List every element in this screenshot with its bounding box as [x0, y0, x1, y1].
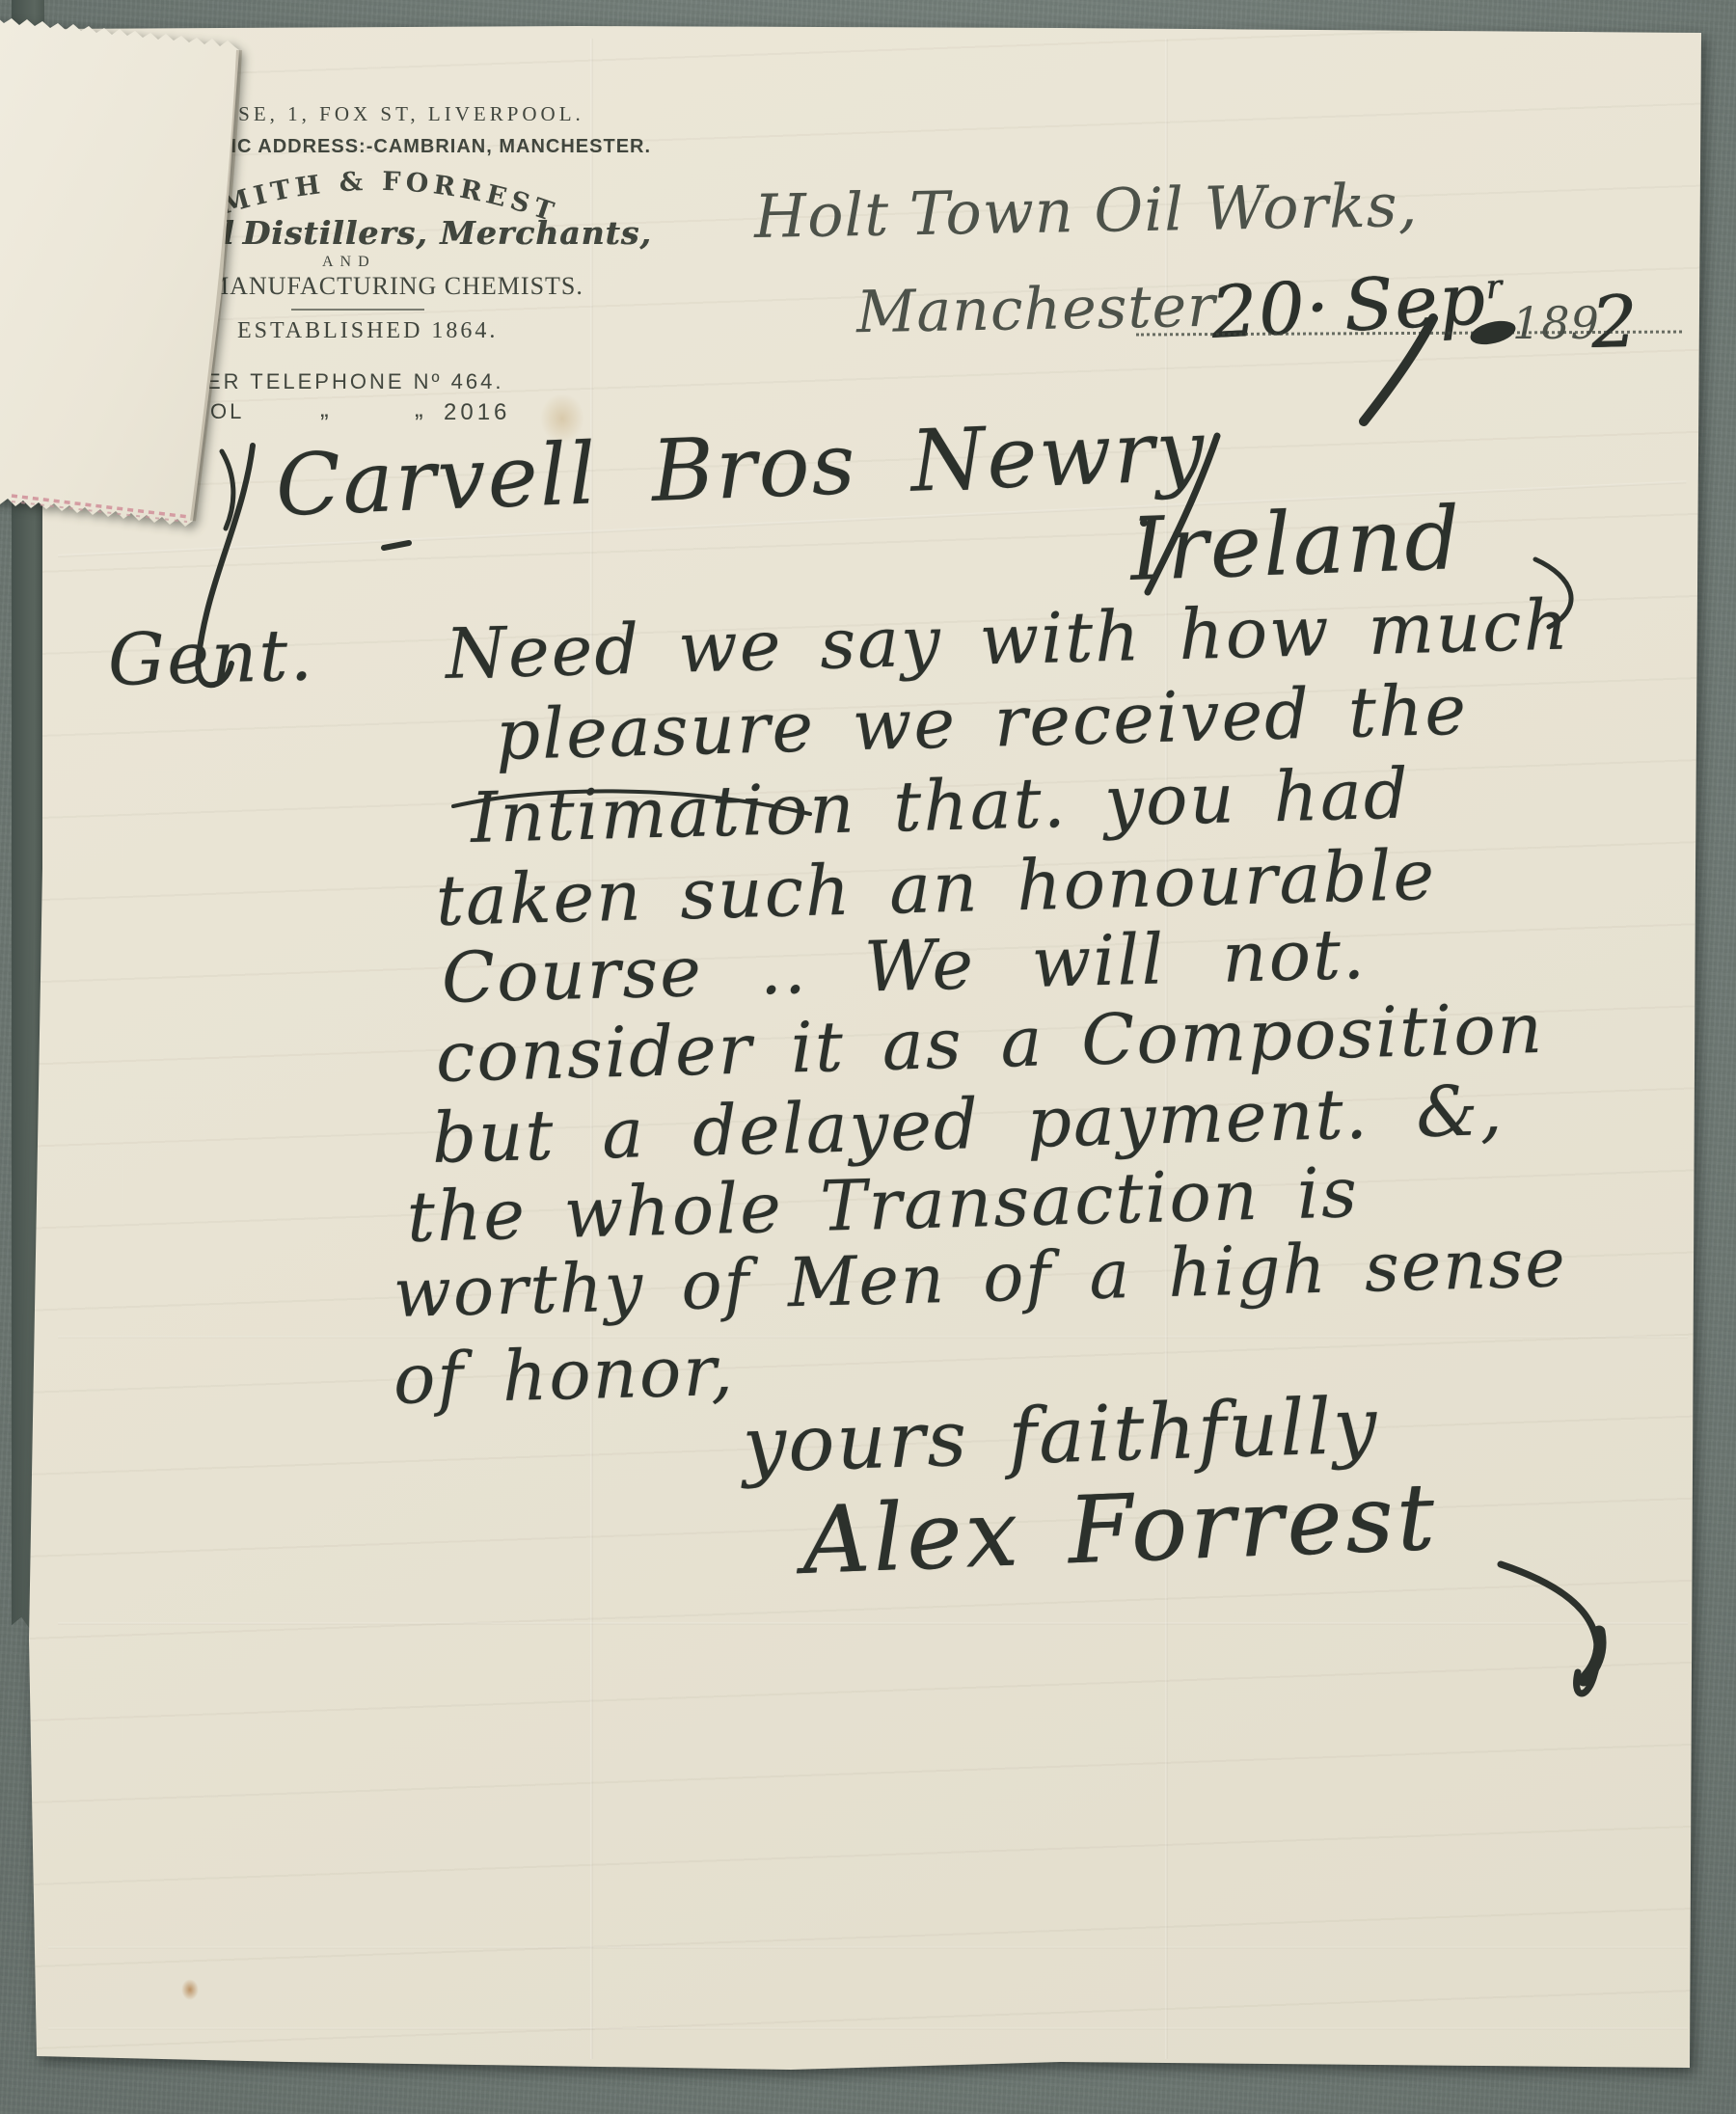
country-line: Ireland [1128, 488, 1463, 601]
salutation: Gent. [107, 613, 315, 702]
letterhead-trade-text: Distillers, Merchants, [243, 214, 652, 252]
body-line-10: of honor, [393, 1330, 736, 1420]
letterhead-chemists-line: MANUFACTURING CHEMISTS. [206, 272, 583, 301]
letterhead-phone-number-2: 2016 [444, 399, 510, 426]
letterhead-ditto-mark-2: „ [415, 393, 423, 423]
letterhead-established-line: ESTABLISHED 1864. [237, 318, 498, 344]
date-handwritten: 20·Sepr [1209, 257, 1505, 355]
date-day: 20· [1209, 266, 1333, 355]
year-printed: 189 [1512, 297, 1600, 349]
letterhead-divider [291, 309, 424, 311]
letterhead-trade-partial-letter: l [222, 214, 235, 252]
letterhead-and-word: AND [322, 254, 376, 271]
letterhead-ditto-mark-1: „ [320, 393, 329, 423]
letterhead-phone-left-fragment: OL [210, 399, 244, 424]
letterhead-telephone-line: ER TELEPHONE Nº 464. [206, 369, 504, 394]
letterhead-trade-line: lDistillers, Merchants, [222, 214, 652, 252]
works-name-script: Holt Town Oil Works, [753, 170, 1418, 252]
letterhead-office-line: USE, 1, FOX ST, LIVERPOOL. [220, 102, 584, 126]
date-month-suffix: r [1484, 268, 1502, 308]
scanned-letter-page: USE, 1, FOX ST, LIVERPOOL. HIC ADDRESS:-… [0, 0, 1736, 2114]
year-handwritten: 2 [1590, 281, 1640, 365]
